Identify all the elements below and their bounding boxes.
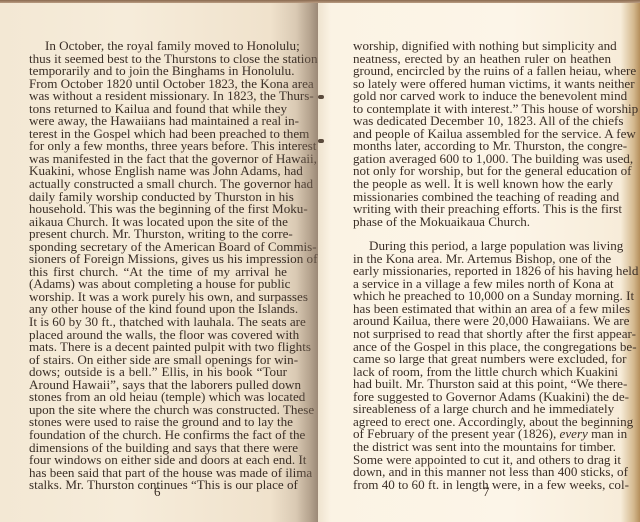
binding-mark <box>318 95 324 99</box>
book-spread: In October, the royal family moved to Ho… <box>0 0 640 522</box>
page-number: 6 <box>154 484 161 500</box>
binding-mark <box>318 139 324 143</box>
left-page: In October, the royal family moved to Ho… <box>0 3 318 522</box>
right-page-paragraph: During this period, a large population w… <box>353 240 611 491</box>
page-number: 7 <box>483 484 490 500</box>
left-page-paragraph: In October, the royal family moved to Ho… <box>29 40 287 492</box>
right-page-text: worship, dignified with nothing but simp… <box>353 40 611 491</box>
right-page-paragraph: worship, dignified with nothing but simp… <box>353 40 611 228</box>
right-page: worship, dignified with nothing but simp… <box>318 3 640 522</box>
gutter-shadow <box>296 3 318 522</box>
left-page-text: In October, the royal family moved to Ho… <box>29 40 287 492</box>
text-line: from 40 to 60 ft. in length were, in a f… <box>353 479 611 492</box>
text-line: phase of the Mokuaikaua Church. <box>353 216 611 229</box>
